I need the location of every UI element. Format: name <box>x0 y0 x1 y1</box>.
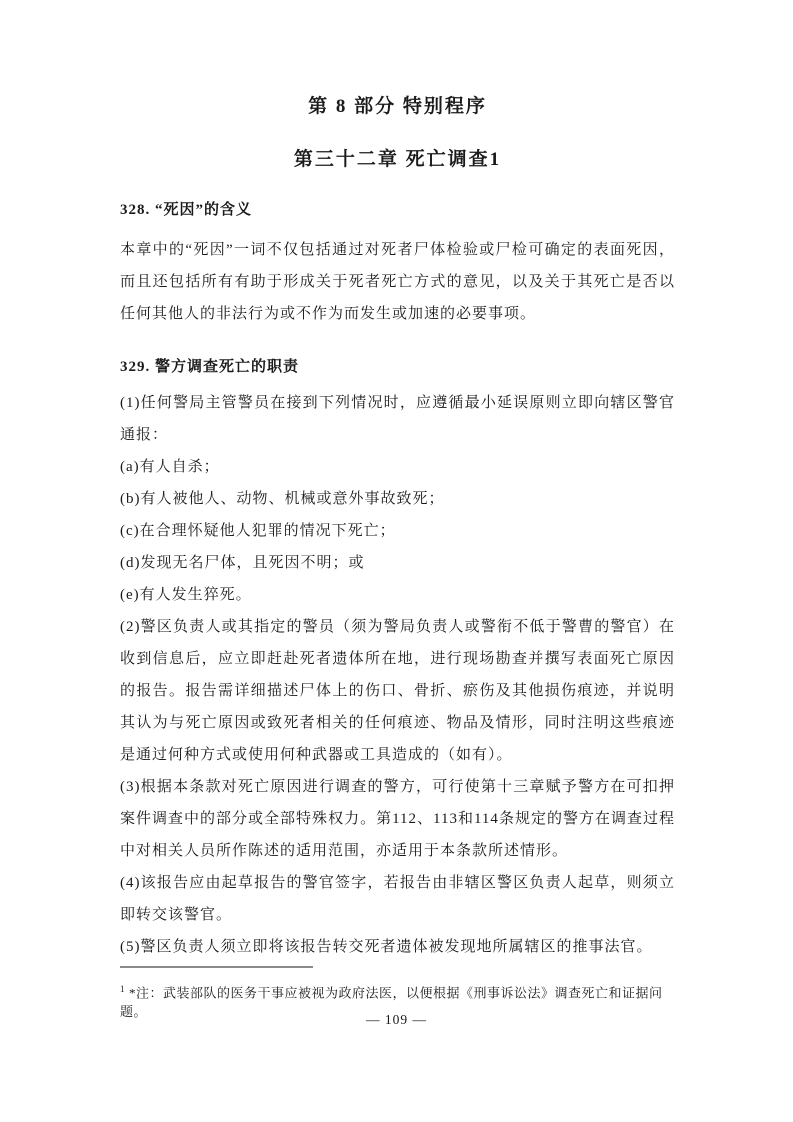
section-329: 329. 警方调查死亡的职责 (1)任何警局主管警员在接到下列情况时，应遵循最小… <box>120 356 675 963</box>
clause-2: (2)警区负责人或其指定的警员（须为警局负责人或警衔不低于警曹的警官）在收到信息… <box>120 611 675 771</box>
section-328-heading: 328. “死因”的含义 <box>120 199 675 221</box>
clause-1e: (e)有人发生猝死。 <box>120 579 675 611</box>
clause-1b: (b)有人被他人、动物、机械或意外事故致死； <box>120 483 675 515</box>
section-328: 328. “死因”的含义 本章中的“死因”一词不仅包括通过对死者尸体检验或尸检可… <box>120 199 675 330</box>
document-page: 第 8 部分 特别程序 第三十二章 死亡调查1 328. “死因”的含义 本章中… <box>0 0 793 1122</box>
clause-5: (5)警区负责人须立即将该报告转交死者遗体被发现地所属辖区的推事法官。 <box>120 931 675 963</box>
chapter-title: 第三十二章 死亡调查1 <box>120 147 675 173</box>
part-title: 第 8 部分 特别程序 <box>120 94 675 120</box>
clause-1c: (c)在合理怀疑他人犯罪的情况下死亡； <box>120 515 675 547</box>
clause-1a: (a)有人自杀； <box>120 451 675 483</box>
section-329-heading: 329. 警方调查死亡的职责 <box>120 356 675 378</box>
section-328-paragraph: 本章中的“死因”一词不仅包括通过对死者尸体检验或尸检可确定的表面死因，而且还包括… <box>120 234 675 330</box>
clause-4: (4)该报告应由起草报告的警官签字，若报告由非辖区警区负责人起草，则须立即转交该… <box>120 867 675 931</box>
page-number: — 109 — <box>0 1012 793 1028</box>
clause-1d: (d)发现无名尸体，且死因不明；或 <box>120 547 675 579</box>
footnote-divider <box>120 966 313 968</box>
clause-3: (3)根据本条款对死亡原因进行调查的警方，可行使第十三章赋予警方在可扣押案件调查… <box>120 771 675 867</box>
clause-1: (1)任何警局主管警员在接到下列情况时，应遵循最小延误原则立即向辖区警官通报： <box>120 387 675 451</box>
footnote-marker: 1 <box>120 984 125 994</box>
